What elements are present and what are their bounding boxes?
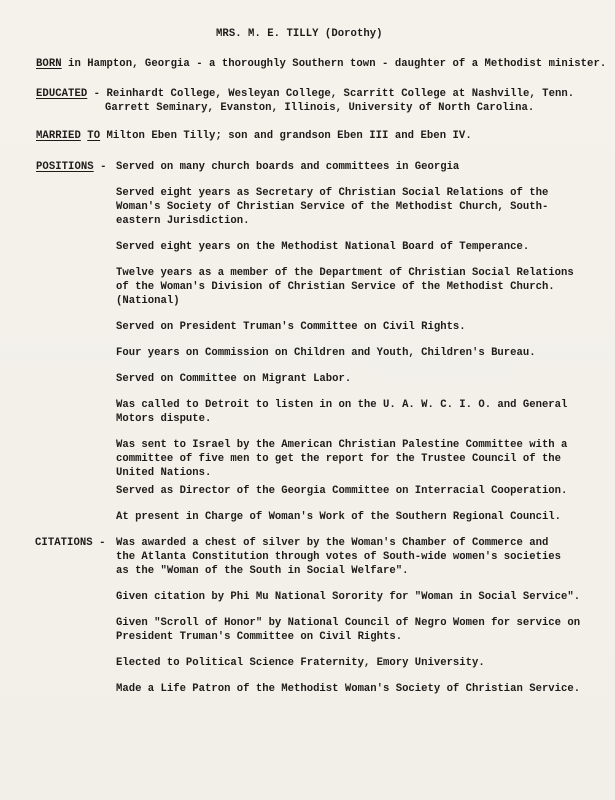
married-line: MARRIED TO Milton Eben Tilly; son and gr… [36, 129, 472, 143]
document-page: MRS. M. E. TILLY (Dorothy) BORN in Hampt… [0, 0, 615, 800]
positions-dash: - [94, 161, 113, 173]
position-item-cont: Woman's Society of Christian Service of … [116, 200, 548, 214]
citation-item-cont: the Atlanta Constitution through votes o… [116, 550, 561, 564]
position-item: Was called to Detroit to listen in on th… [116, 398, 567, 412]
citation-item: Was awarded a chest of silver by the Wom… [116, 536, 548, 550]
position-item: Served on Committee on Migrant Labor. [116, 372, 351, 386]
citations-heading: CITATIONS - [35, 536, 112, 550]
position-item: At present in Charge of Woman's Work of … [116, 510, 561, 524]
position-item-cont: (National) [116, 294, 180, 308]
position-item-cont: of the Woman's Division of Christian Ser… [116, 280, 555, 294]
document-title: MRS. M. E. TILLY (Dorothy) [216, 27, 383, 41]
educated-line-1: EDUCATED - Reinhardt College, Wesleyan C… [36, 87, 574, 101]
position-item: Served on many church boards and committ… [116, 160, 459, 174]
positions-label: POSITIONS [36, 161, 94, 173]
educated-label: EDUCATED [36, 88, 87, 100]
citation-item: Given citation by Phi Mu National Sorori… [116, 590, 580, 604]
position-item-cont: United Nations. [116, 466, 211, 480]
position-item: Twelve years as a member of the Departme… [116, 266, 574, 280]
citation-item-cont: President Truman's Committee on Civil Ri… [116, 630, 402, 644]
position-item: Four years on Commission on Children and… [116, 346, 536, 360]
married-to-label: TO [87, 130, 100, 142]
citation-item: Given "Scroll of Honor" by National Coun… [116, 616, 580, 630]
position-item-cont: Motors dispute. [116, 412, 211, 426]
married-label: MARRIED [36, 130, 81, 142]
position-item: Was sent to Israel by the American Chris… [116, 438, 567, 452]
educated-text-1: - Reinhardt College, Wesleyan College, S… [87, 88, 574, 100]
citations-label: CITATIONS [35, 537, 93, 549]
position-item: Served eight years on the Methodist Nati… [116, 240, 529, 254]
citation-item-cont: as the "Woman of the South in Social Wel… [116, 564, 408, 578]
position-item-cont: committee of five men to get the report … [116, 452, 561, 466]
born-line: BORN in Hampton, Georgia - a thoroughly … [36, 57, 606, 71]
position-item: Served on President Truman's Committee o… [116, 320, 466, 334]
position-item: Served as Director of the Georgia Commit… [116, 484, 567, 498]
married-text: Milton Eben Tilly; son and grandson Eben… [100, 130, 472, 142]
born-label: BORN [36, 58, 62, 70]
positions-heading: POSITIONS - [36, 160, 113, 174]
position-item-cont: eastern Jurisdiction. [116, 214, 250, 228]
citation-item: Elected to Political Science Fraternity,… [116, 656, 485, 670]
citation-item: Made a Life Patron of the Methodist Woma… [116, 682, 580, 696]
citations-dash: - [93, 537, 112, 549]
position-item: Served eight years as Secretary of Chris… [116, 186, 548, 200]
educated-line-2: Garrett Seminary, Evanston, Illinois, Un… [105, 101, 534, 115]
born-text: in Hampton, Georgia - a thoroughly South… [62, 58, 607, 70]
